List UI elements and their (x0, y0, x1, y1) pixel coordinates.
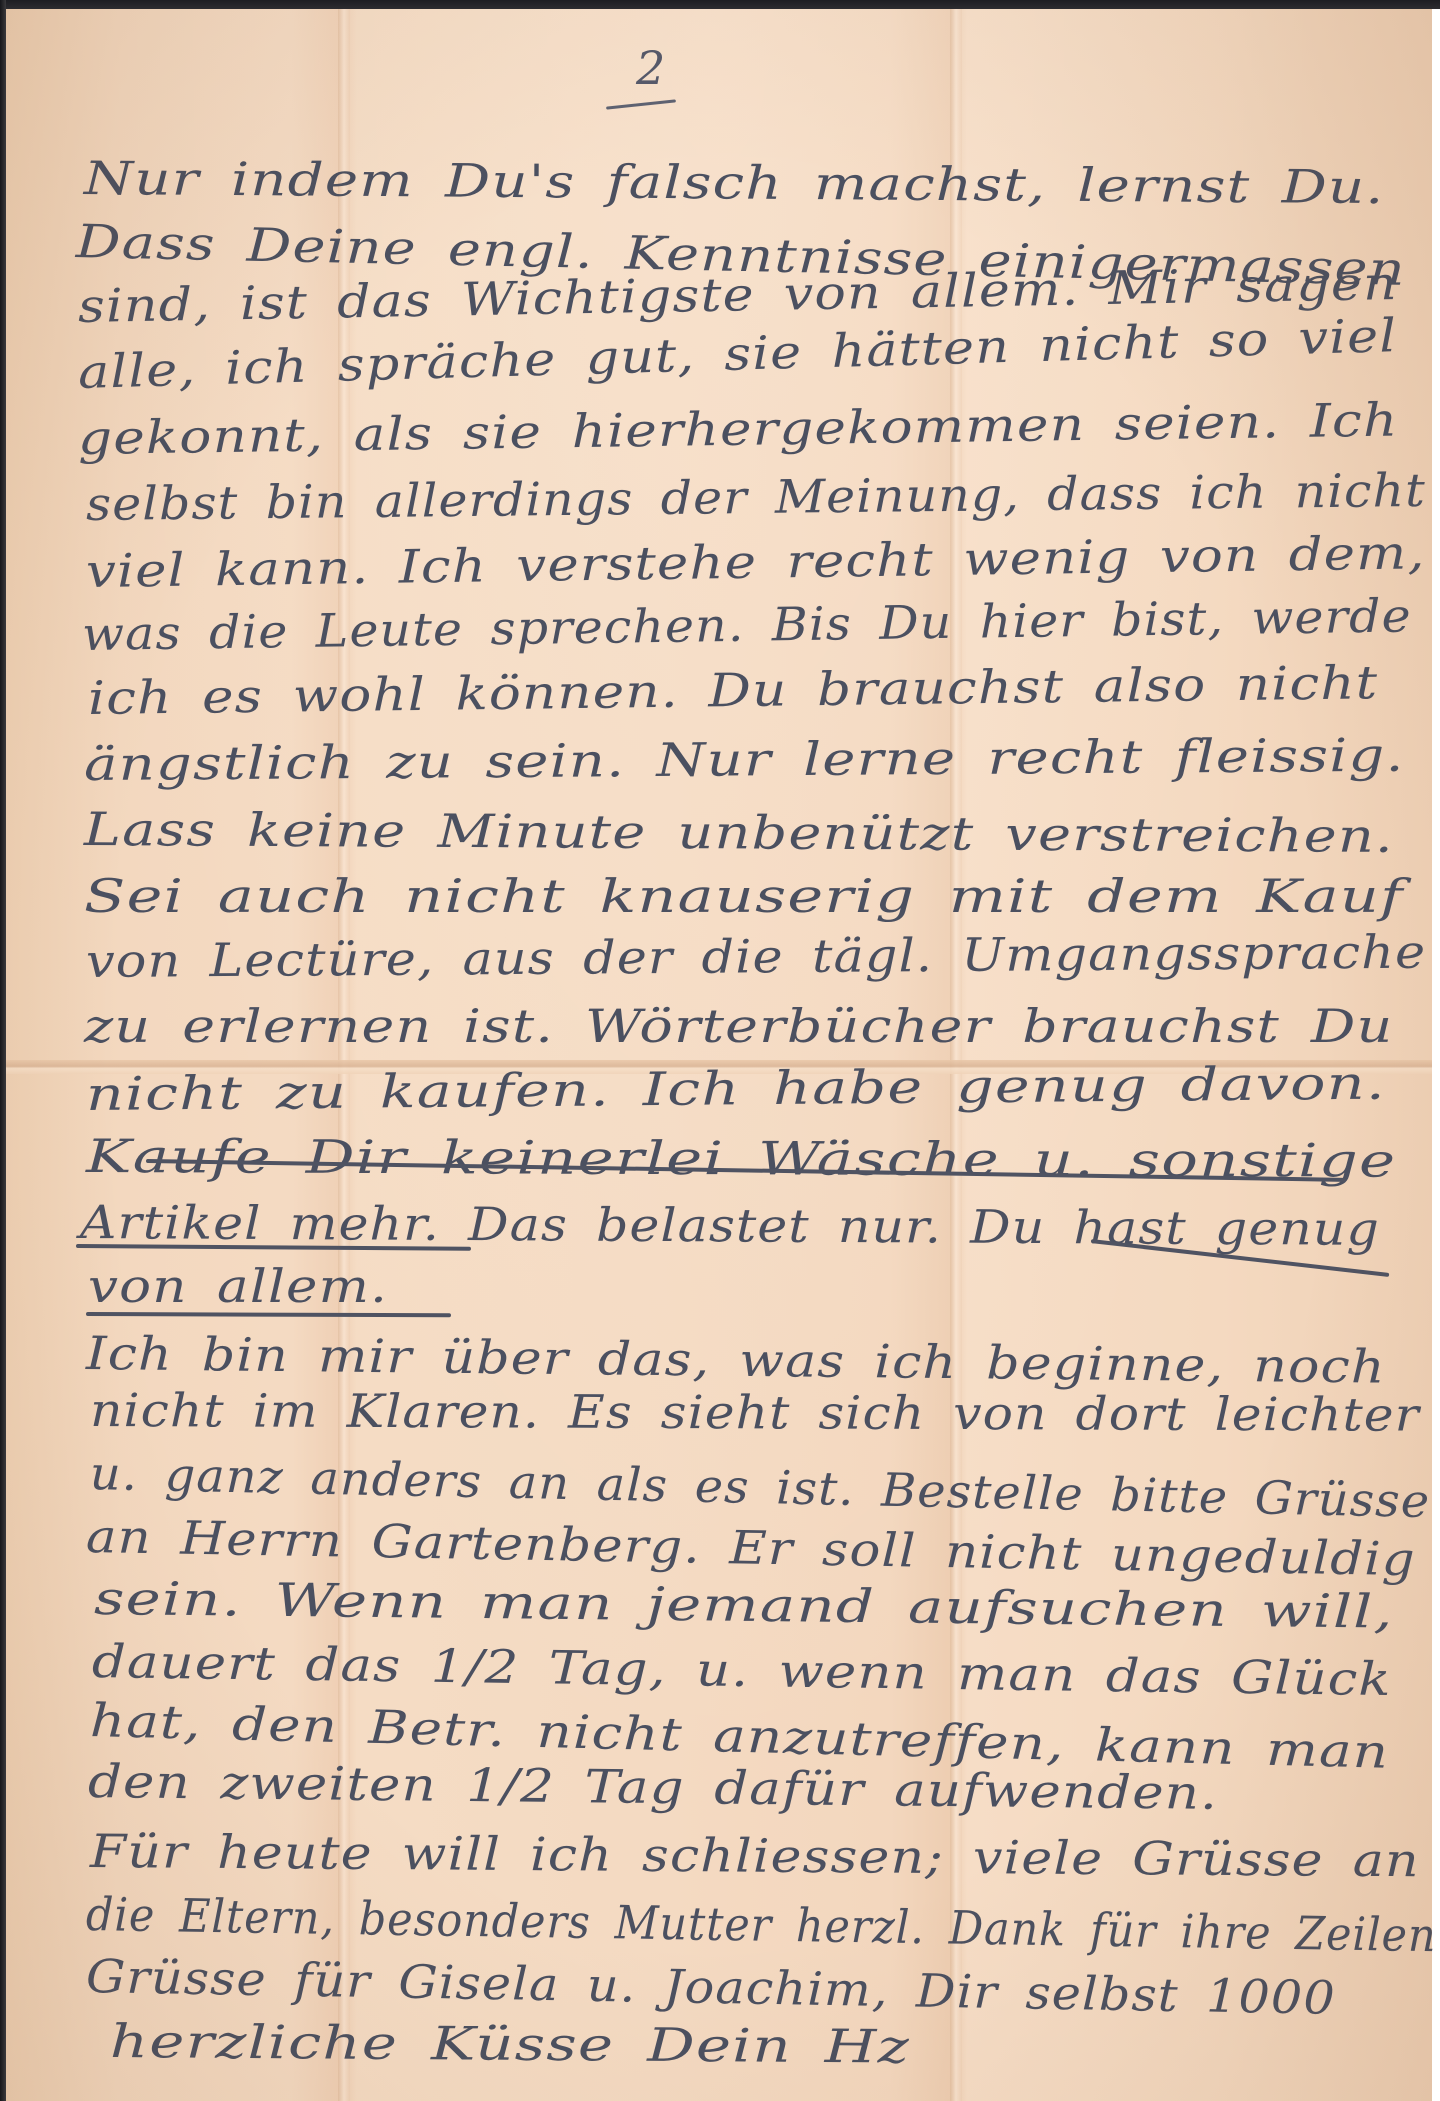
handwritten-line: selbst bin allerdings der Meinung, dass … (86, 463, 1426, 531)
handwritten-line: Für heute will ich schliessen; viele Grü… (90, 1824, 1420, 1887)
handwritten-line: Lass keine Minute unbenützt verstreichen… (84, 802, 1394, 863)
handwritten-line: ich es wohl können. Du brauchst also nic… (88, 655, 1379, 725)
handwritten-line: gekonnt, als sie hierhergekommen seien. … (78, 393, 1399, 465)
letter-page: 2 Nur indem Du's falsch machst, lernst D… (6, 9, 1432, 2101)
handwritten-line: den zweiten 1/2 Tag dafür aufwenden. (88, 1754, 1219, 1820)
handwritten-line: die Eltern, besonders Mutter herzl. Dank… (86, 1887, 1437, 1962)
handwritten-line: ängstlich zu sein. Nur lerne recht fleis… (84, 728, 1405, 791)
page-number-underline (606, 99, 676, 109)
handwritten-line: dauert das 1/2 Tag, u. wenn man das Glüc… (92, 1634, 1392, 1706)
page-number: 2 (636, 41, 665, 95)
handwritten-line: zu erlernen ist. Wörterbücher brauchst D… (84, 999, 1393, 1053)
handwritten-line: herzliche Küsse Dein Hz (110, 2014, 910, 2074)
scan-top-edge (0, 0, 1440, 9)
handwritten-line: nicht zu kaufen. Ich habe genug davon. (86, 1056, 1386, 1121)
handwritten-line: was die Leute sprechen. Bis Du hier bist… (82, 588, 1412, 661)
handwritten-line: viel kann. Ich verstehe recht wenig von … (86, 525, 1426, 598)
handwritten-line: nicht im Klaren. Es sieht sich von dort … (90, 1383, 1420, 1442)
handwritten-line: Sei auch nicht knauserig mit dem Kauf (84, 869, 1404, 923)
underline-stroke (86, 1312, 451, 1317)
handwritten-line: von allem. (88, 1259, 388, 1313)
handwritten-line: Grüsse für Gisela u. Joachim, Dir selbst… (86, 1949, 1337, 2025)
handwritten-line: von Lectüre, aus der die tägl. Umgangssp… (86, 925, 1427, 988)
handwritten-line: Nur indem Du's falsch machst, lernst Du. (84, 151, 1385, 214)
